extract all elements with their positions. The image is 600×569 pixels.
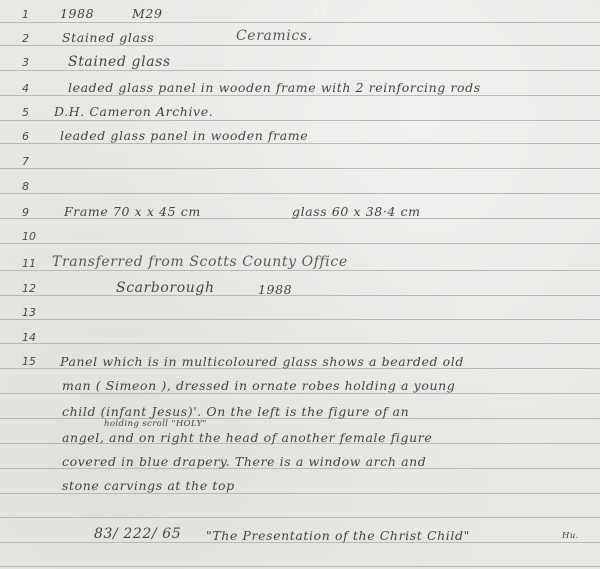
ruled-line xyxy=(0,243,600,244)
entry-year: 1988 xyxy=(60,6,94,21)
ruled-line xyxy=(0,270,600,271)
accession-number: 83/ 222/ 65 xyxy=(94,526,181,542)
entry-transfer-note: Transferred from Scotts County Office xyxy=(52,254,348,270)
entry-glass-dimensions: glass 60 x 38·4 cm xyxy=(292,204,421,219)
line-number: 6 xyxy=(22,130,29,143)
ruled-line xyxy=(0,168,600,169)
line-number: 5 xyxy=(22,106,29,119)
line-number: 1 xyxy=(22,8,29,21)
ruled-line xyxy=(0,143,600,144)
line-number: 12 xyxy=(22,282,36,295)
artwork-title: "The Presentation of the Christ Child" xyxy=(206,528,470,543)
entry-category: Stained glass xyxy=(62,30,155,45)
line-number: 8 xyxy=(22,180,29,193)
description-insertion: holding scroll "HOLY" xyxy=(104,419,207,429)
description-line-5: covered in blue drapery. There is a wind… xyxy=(62,454,426,469)
description-line-1: Panel which is in multicoloured glass sh… xyxy=(60,354,464,369)
line-number: 10 xyxy=(22,230,36,243)
line-number: 14 xyxy=(22,331,36,344)
ruled-line xyxy=(0,517,600,518)
ruled-line xyxy=(0,95,600,96)
description-line-4: angel, and on right the head of another … xyxy=(62,430,432,445)
entry-department: Ceramics. xyxy=(236,28,313,44)
ruled-line xyxy=(0,493,600,494)
line-number: 7 xyxy=(22,155,29,168)
entry-source: D.H. Cameron Archive. xyxy=(54,104,213,119)
faint-stamp-mark xyxy=(315,6,326,17)
description-line-3: child (infant Jesus)'. On the left is th… xyxy=(62,404,409,419)
record-card: 1 2 3 4 5 6 7 8 9 10 11 12 13 14 15 1988… xyxy=(0,0,600,569)
line-number: 2 xyxy=(22,32,29,45)
description-line-6: stone carvings at the top xyxy=(62,478,235,493)
line-number: 11 xyxy=(22,257,36,270)
ruled-line xyxy=(0,120,600,121)
entry-frame-dimensions: Frame 70 x x 45 cm xyxy=(64,204,201,219)
entry-description-short: leaded glass panel in wooden frame with … xyxy=(68,80,481,95)
ruled-line xyxy=(0,22,600,23)
entry-description-alt: leaded glass panel in wooden frame xyxy=(60,128,308,143)
description-line-2: man ( Simeon ), dressed in ornate robes … xyxy=(62,378,455,393)
ruled-line xyxy=(0,295,600,296)
line-number: 13 xyxy=(22,306,36,319)
line-number: 3 xyxy=(22,56,29,69)
ruled-line xyxy=(0,343,600,344)
entry-transfer-place: Scarborough xyxy=(116,280,215,296)
ruled-line xyxy=(0,566,600,567)
line-number: 15 xyxy=(22,355,36,368)
entry-reference: M29 xyxy=(132,6,163,21)
ruled-line xyxy=(0,319,600,320)
ruled-line xyxy=(0,70,600,71)
line-number: 4 xyxy=(22,82,29,95)
ruled-line xyxy=(0,193,600,194)
entry-transfer-year: 1988 xyxy=(258,282,292,297)
ruled-line xyxy=(0,393,600,394)
line-number: 9 xyxy=(22,206,29,219)
ruled-line xyxy=(0,45,600,46)
entry-object-name: Stained glass xyxy=(68,54,171,70)
initials: Hu. xyxy=(562,531,579,541)
